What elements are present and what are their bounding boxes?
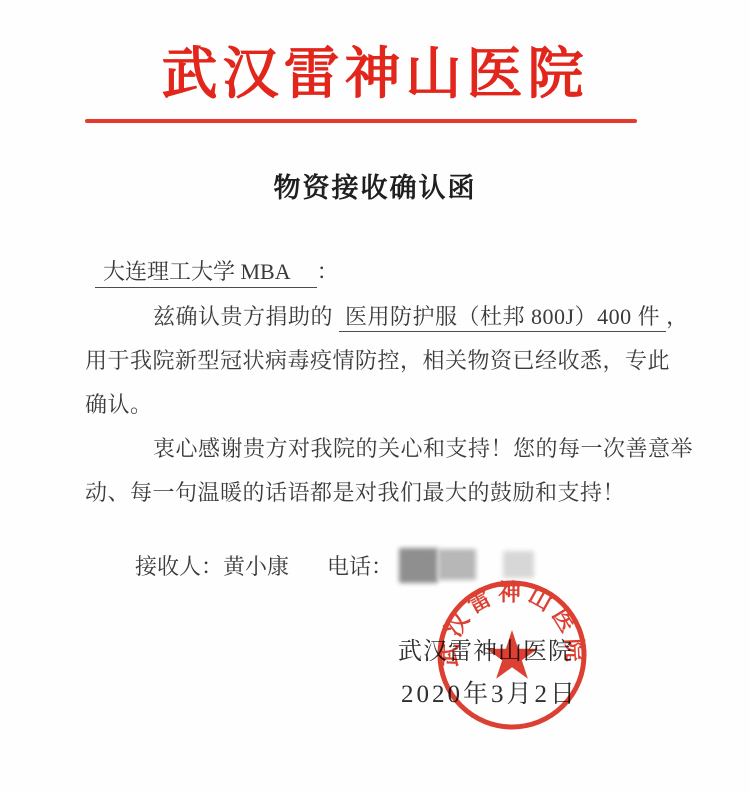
salutation-line: 大连理工大学 MBA： (95, 255, 339, 286)
receiver-line: 接收人：黄小康 (135, 550, 289, 581)
receiver-name: 黄小康 (223, 554, 289, 579)
letterhead-divider-rule (85, 119, 637, 123)
body-paragraph2-line1: 衷心感谢贵方对我院的关心和支持！您的每一次善意举 (85, 432, 750, 463)
p1-lead-text: 兹确认贵方捐助的 (153, 304, 339, 329)
body-paragraph2-line2: 动、每一句温暖的话语都是对我们最大的鼓励和支持！ (85, 476, 685, 507)
salutation-colon: ： (317, 259, 339, 284)
p1-comma: ， (666, 304, 689, 329)
hospital-seal-stamp: 武汉雷神山医院 (430, 573, 594, 737)
phone-label: 电话： (327, 550, 393, 581)
scanned-letter-page: 武汉雷神山医院 物资接收确认函 大连理工大学 MBA： 兹确认贵方捐助的 医用防… (0, 0, 750, 794)
salutation-recipient: 大连理工大学 MBA (95, 259, 317, 288)
body-paragraph1-line2: 用于我院新型冠状病毒疫情防控，相关物资已经收悉，专此 (85, 344, 685, 375)
donated-item-underlined: 医用防护服（杜邦 800J）400 件 (339, 304, 666, 332)
red-star-icon (486, 630, 537, 679)
document-title: 物资接收确认函 (0, 166, 750, 205)
letterhead-hospital-name: 武汉雷神山医院 (0, 30, 750, 110)
body-paragraph1-line3: 确认。 (85, 388, 685, 419)
receiver-label: 接收人： (135, 554, 223, 579)
body-paragraph1-line1: 兹确认贵方捐助的 医用防护服（杜邦 800J）400 件， (85, 300, 750, 331)
